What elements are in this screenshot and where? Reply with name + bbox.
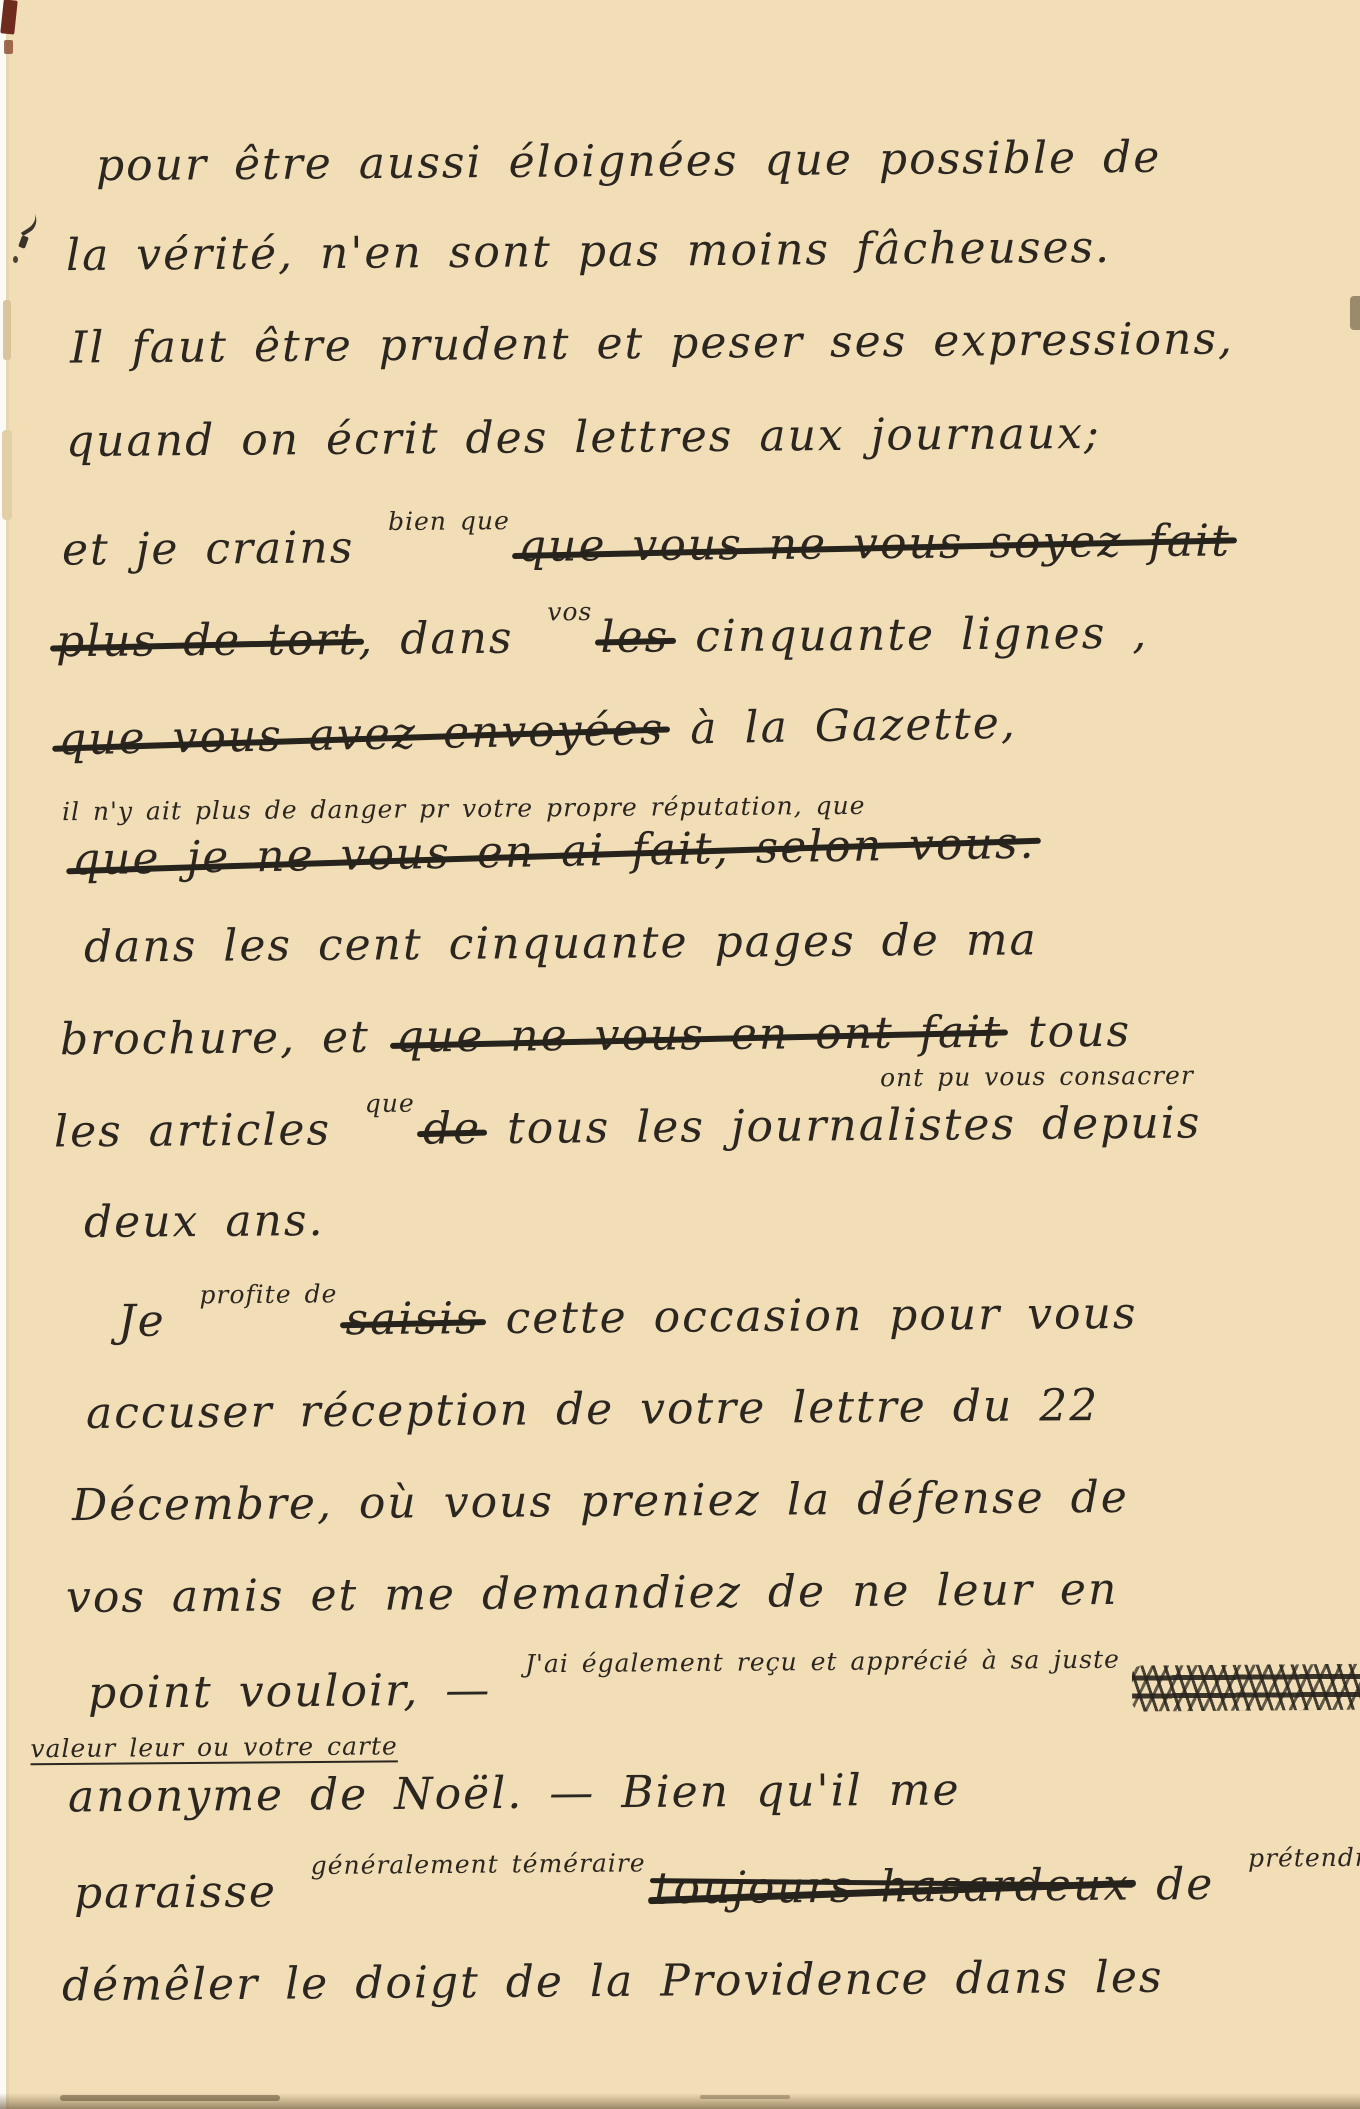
text-run: Décembre, où vous preniez la défense de (72, 1472, 1129, 1531)
struck-text: de (423, 1103, 482, 1154)
manuscript-line-19: point vouloir, — J'ai également reçu et … (88, 1660, 1360, 1719)
text-run: la vérité, n'en sont pas moins fâcheuses… (66, 222, 1111, 281)
struck-text: que vous ne vous soyez fait (518, 515, 1231, 572)
struck-text: que je ne vous en ai fait, selon vous. (72, 818, 1036, 886)
manuscript-line-21: paraisse généralement témérairetoujours … (74, 1860, 1360, 1916)
struck-text: les (600, 611, 669, 663)
manuscript-line-14: deux ans. (84, 1199, 325, 1245)
text-run: il n'y ait plus de danger pr votre propr… (62, 791, 866, 826)
ink-mark-left-margin (12, 208, 41, 237)
text-run: démêler le doigt de la Providence dans l… (62, 1952, 1164, 2012)
manuscript-line-9: que je ne vous en ai fait, selon vous. (72, 822, 1036, 883)
interlinear-insertion: généralement téméraire (311, 1848, 646, 1880)
manuscript-line-10: dans les cent cinquante pages de ma (84, 918, 1038, 969)
manuscript-line-16: accuser réception de votre lettre du 22 (86, 1384, 1100, 1436)
paper-edge-wear-2 (2, 430, 12, 520)
text-run: les articles (54, 1104, 357, 1157)
red-stain-top-left (0, 0, 17, 35)
text-run: paraisse (74, 1866, 303, 1919)
struck-text: toujours hasardeux (654, 1860, 1131, 1915)
manuscript-line-7: que vous avez envoyées à la Gazette, (58, 702, 1017, 763)
interlinear-insertion: J'ai également reçu et apprécié à sa jus… (525, 1645, 1120, 1679)
text-run: , dans (358, 612, 540, 664)
text-run: cinquante lignes , (669, 608, 1148, 663)
manuscript-line-1: pour être aussi éloignées que possible d… (96, 136, 1162, 188)
interlinear-insertion: profite de (199, 1279, 337, 1309)
bottom-edge-mark-2 (700, 2095, 790, 2099)
text-run: tous les journalistes depuis (481, 1097, 1202, 1154)
manuscript-interlinear-line-8: il n'y ait plus de danger pr votre propr… (62, 793, 866, 824)
paper-edge-wear (3, 300, 11, 360)
manuscript-line-4: quand on écrit des lettres aux journaux; (66, 412, 1101, 464)
text-run: cette occasion pour vous (479, 1288, 1137, 1344)
manuscript-line-13: les articles quede tous les journalistes… (54, 1101, 1202, 1154)
interlinear-insertion: vos (547, 597, 592, 626)
manuscript-line-6: plus de tort, dans vosles cinquante lign… (56, 612, 1149, 665)
interlinear-insertion: prétendre (1248, 1843, 1360, 1873)
text-run: Il faut être prudent et peser ses expres… (70, 313, 1234, 373)
text-run: dans les cent cinquante pages de ma (84, 914, 1038, 972)
text-run: tous (1002, 1006, 1131, 1058)
manuscript-line-17: Décembre, où vous preniez la défense de (72, 1476, 1129, 1528)
manuscript-line-2: la vérité, n'en sont pas moins fâcheuses… (66, 226, 1111, 278)
text-run: ont pu vous consacrer (880, 1061, 1194, 1092)
manuscript-line-22: démêler le doigt de la Providence dans l… (62, 1956, 1164, 2009)
text-run: point vouloir, — (88, 1664, 518, 1718)
text-run: Je (118, 1295, 192, 1347)
text-run: vos amis et me demandiez de ne leur en (66, 1564, 1119, 1623)
text-run: de (1130, 1859, 1241, 1911)
text-run: à la Gazette, (664, 698, 1017, 755)
text-run: accuser réception de votre lettre du 22 (86, 1380, 1100, 1439)
manuscript-interlinear-line-12: ont pu vous consacrer (880, 1063, 1194, 1090)
text-run: deux ans. (84, 1195, 325, 1248)
smudge-right-edge (1350, 296, 1360, 330)
manuscript-line-3: Il faut être prudent et peser ses expres… (70, 317, 1234, 370)
manuscript-page: pour être aussi éloignées que possible d… (0, 0, 1360, 2109)
text-run: et je crains (62, 522, 381, 575)
manuscript-line-11: brochure, et que ne vous en ont fait tou… (60, 1010, 1131, 1062)
interlinear-insertion-below: valeur leur ou votre carte (30, 1733, 398, 1761)
text-run: pour être aussi éloignées que possible d… (96, 132, 1162, 191)
scribbled-out-text (1132, 1662, 1360, 1711)
text-run: brochure, et (60, 1012, 396, 1066)
manuscript-line-15: Je profite desaisis cette occasion pour … (118, 1292, 1138, 1344)
interlinear-insertion: que (365, 1089, 415, 1118)
bottom-edge-mark (60, 2095, 280, 2101)
manuscript-line-20: anonyme de Noël. — Bien qu'il me (68, 1768, 961, 1819)
text-run: anonyme de Noël. — Bien qu'il me (68, 1764, 961, 1822)
ink-mark-left-margin-2 (18, 235, 29, 249)
manuscript-line-5: et je crains bien queque vous ne vous so… (62, 519, 1231, 572)
struck-text: que vous avez envoyées (58, 704, 665, 766)
struck-text: saisis (345, 1293, 480, 1345)
struck-text: plus de tort (56, 614, 359, 667)
manuscript-line-18: vos amis et me demandiez de ne leur en (66, 1568, 1119, 1620)
red-stain-top-left-2 (4, 40, 13, 54)
text-run: quand on écrit des lettres aux journaux; (66, 408, 1101, 467)
interlinear-insertion: bien que (388, 506, 510, 536)
struck-text: que ne vous en ont fait (396, 1007, 1003, 1063)
ink-mark-left-margin-3 (13, 256, 18, 263)
